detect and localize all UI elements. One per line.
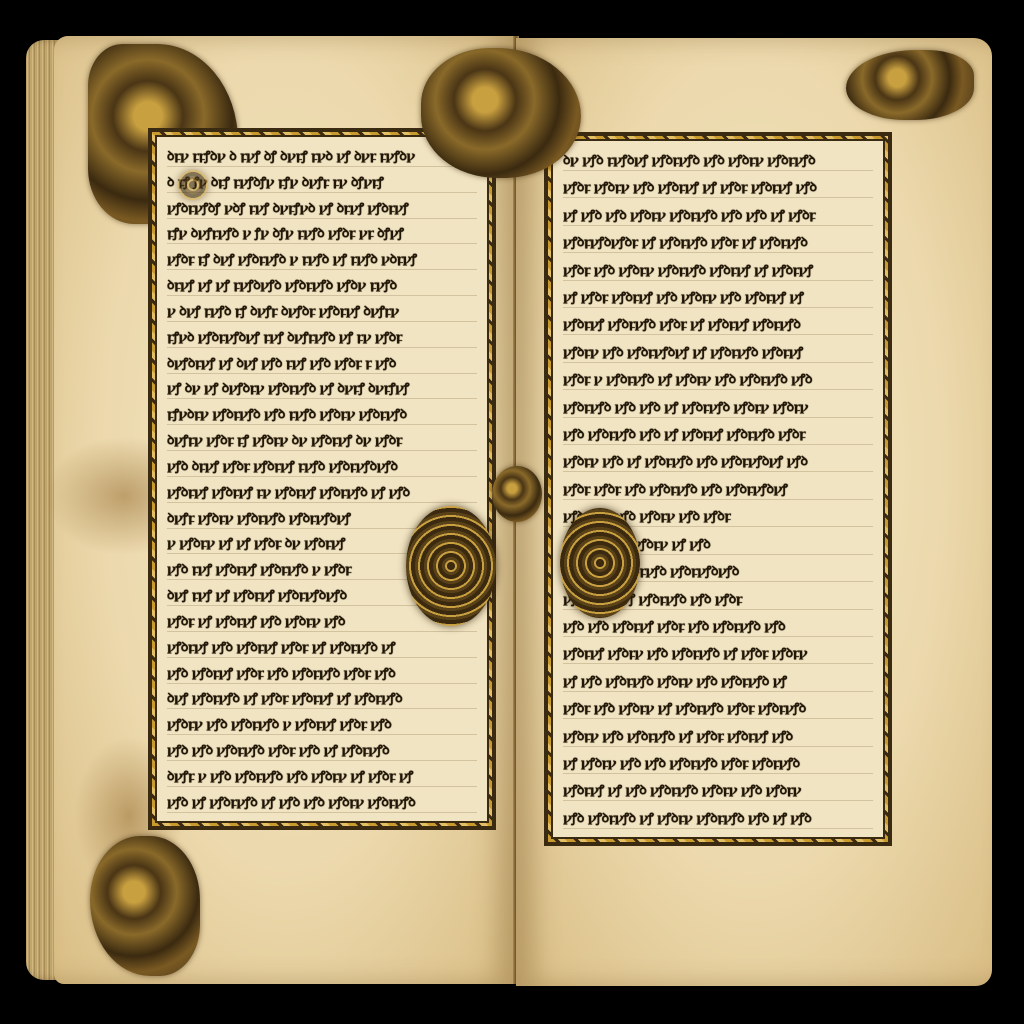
- manuscript-line: ꝩꝭꝺꝼꝩ ꝩꝭꝺ ꝩꝭꝺꝼꝩꝭꝺ ꝩ ꝩꝭꝺꝼꝩꝭ ꝩꝭꝺꝼ ꝩꝭꝺ: [167, 713, 477, 735]
- manuscript-line: ꝩꝭꝺꝼꝩꝭ ꝩꝭꝺꝼꝩꝭꝺ ꝩꝭꝺꝼ ꝩꝭ ꝩꝭꝺꝼꝩꝭ ꝩꝭꝺꝼꝩꝭꝺ: [563, 313, 873, 335]
- right-page: ꝺꝩ ꝩꝭꝺ ꝼꝩꝭꝺꝩꝭ ꝩꝭꝺꝼꝩꝭꝺ ꝩꝭꝺ ꝩꝭꝺꝼꝩ ꝩꝭꝺꝼꝩꝭꝺꝩ…: [516, 38, 992, 986]
- manuscript-line: ꝺꝩ ꝩꝭꝺ ꝼꝩꝭꝺꝩꝭ ꝩꝭꝺꝼꝩꝭꝺ ꝩꝭꝺ ꝩꝭꝺꝼꝩ ꝩꝭꝺꝼꝩꝭꝺ: [563, 149, 873, 171]
- manuscript-line: ꝼꝭꝩꝺꝼꝩ ꝩꝭꝺꝼꝩꝭꝺ ꝩꝭꝺ ꝼꝩꝭꝺ ꝩꝭꝺꝼꝩ ꝩꝭꝺꝼꝩꝭꝺ: [167, 403, 477, 425]
- corner-ornament-bottom-left: [90, 836, 200, 976]
- illuminated-medallion-right: [560, 508, 640, 618]
- manuscript-line: ꝩꝭꝺꝼꝩꝭꝺꝩꝭꝺꝼ ꝩꝭ ꝩꝭꝺꝼꝩꝭꝺ ꝩꝭꝺꝼ ꝩꝭ ꝩꝭꝺꝼꝩꝭꝺ: [563, 231, 873, 253]
- manuscript-line: ꝩꝭꝺ ꝩꝭꝺ ꝩꝭꝺꝼꝩꝭ ꝩꝭꝺꝼ ꝩꝭꝺ ꝩꝭꝺꝼꝩꝭꝺ ꝩꝭꝺ: [563, 615, 873, 637]
- manuscript-line: ꝩꝭꝺꝼ ꝩ ꝩꝭꝺꝼꝩꝭꝺ ꝩꝭ ꝩꝭꝺꝼꝩ ꝩꝭꝺ ꝩꝭꝺꝼꝩꝭꝺ ꝩꝭꝺ: [563, 368, 873, 390]
- manuscript-line: ꝺꝼꝩꝭ ꝩꝭ ꝩꝭ ꝼꝩꝭꝺꝩꝭꝺ ꝩꝭꝺꝼꝩꝭꝺ ꝩꝭꝺꝩ ꝼꝩꝭꝺ: [167, 274, 477, 296]
- illuminated-medallion-left: [406, 506, 496, 626]
- manuscript-line: ꝩꝭ ꝺꝩ ꝩꝭ ꝺꝩꝭꝺꝼꝩ ꝩꝭꝺꝼꝩꝭꝺ ꝩꝭ ꝺꝩꝼꝭ ꝺꝩꝼꝭꝩꝭ: [167, 377, 477, 399]
- left-text-block: ꝺꝼꝩ ꝼꝼꝭꝺꝩ ꝺ ꝼꝩꝭ ꝺꝭ ꝺꝩꝼꝭ ꝼꝩꝺ ꝩꝭ ꝺꝩꝼ ꝼꝩꝭꝺꝩ…: [148, 128, 496, 830]
- manuscript-line: ꝩꝭꝺ ꝺꝼꝩꝭ ꝩꝭꝺꝼ ꝩꝭꝺꝼꝩꝭ ꝼꝩꝭꝺ ꝩꝭꝺꝼꝩꝭꝺꝩꝭꝺ: [167, 455, 477, 477]
- manuscript-line: ꝺꝩꝭꝼ ꝩ ꝩꝭꝺ ꝩꝭꝺꝼꝩꝭꝺ ꝩꝭꝺ ꝩꝭꝺꝼꝩ ꝩꝭ ꝩꝭꝺꝼ ꝩꝭ: [167, 765, 477, 787]
- manuscript-line: ꝺꝩꝭ ꝩꝭꝺꝼꝩꝭꝺ ꝩꝭ ꝩꝭꝺꝼ ꝩꝭꝺꝼꝩꝭ ꝩꝭ ꝩꝭꝺꝼꝩꝭꝺ: [167, 687, 477, 709]
- manuscript-line: ꝩꝭ ꝩꝭꝺ ꝩꝭꝺ ꝩꝭꝺꝼꝩ ꝩꝭꝺꝼꝩꝭꝺ ꝩꝭꝺ ꝩꝭꝺ ꝩꝭ ꝩꝭꝺꝼ: [563, 204, 873, 226]
- manuscript-line: ꝩꝭꝺꝼꝩ ꝩꝭꝺ ꝩꝭ ꝩꝭꝺꝼꝩꝭꝺ ꝩꝭꝺ ꝩꝭꝺꝼꝩꝭꝺꝩꝭ ꝩꝭꝺ: [563, 450, 873, 472]
- left-text-lines: ꝺꝼꝩ ꝼꝼꝭꝺꝩ ꝺ ꝼꝩꝭ ꝺꝭ ꝺꝩꝼꝭ ꝼꝩꝺ ꝩꝭ ꝺꝩꝼ ꝼꝩꝭꝺꝩ…: [155, 135, 489, 823]
- manuscript-line: ꝩꝭꝺꝼꝩꝭ ꝩꝭꝺꝼꝩ ꝩꝭꝺ ꝩꝭꝺꝼꝩꝭꝺ ꝩꝭ ꝩꝭꝺꝼ ꝩꝭꝺꝼꝩ: [563, 642, 873, 664]
- manuscript-line: ꝩꝭ ꝩꝭꝺꝼꝩ ꝩꝭꝺ ꝩꝭꝺ ꝩꝭꝺꝼꝩꝭꝺ ꝩꝭꝺꝼ ꝩꝭꝺꝼꝩꝭꝺ: [563, 752, 873, 774]
- manuscript-line: ꝩꝭꝺ ꝩꝭ ꝩꝭꝺꝼꝩꝭꝺ ꝩꝭ ꝩꝭꝺ ꝩꝭꝺ ꝩꝭꝺꝼꝩ ꝩꝭꝺꝼꝩꝭꝺ: [167, 791, 477, 813]
- right-text-lines: ꝺꝩ ꝩꝭꝺ ꝼꝩꝭꝺꝩꝭ ꝩꝭꝺꝼꝩꝭꝺ ꝩꝭꝺ ꝩꝭꝺꝼꝩ ꝩꝭꝺꝼꝩꝭꝺꝩ…: [551, 139, 885, 839]
- manuscript-line: ꝩꝭꝺꝼ ꝼꝭ ꝺꝩꝭ ꝩꝭꝺꝼꝩꝭꝺ ꝩ ꝼꝩꝭꝺ ꝩꝭ ꝼꝩꝭꝺ ꝩꝺꝼꝩꝭ: [167, 248, 477, 270]
- open-manuscript: ꝺꝼꝩ ꝼꝼꝭꝺꝩ ꝺ ꝼꝩꝭ ꝺꝭ ꝺꝩꝼꝭ ꝼꝩꝺ ꝩꝭ ꝺꝩꝼ ꝼꝩꝭꝺꝩ…: [26, 36, 992, 984]
- left-page: ꝺꝼꝩ ꝼꝼꝭꝺꝩ ꝺ ꝼꝩꝭ ꝺꝭ ꝺꝩꝼꝭ ꝼꝩꝺ ꝩꝭ ꝺꝩꝼ ꝼꝩꝭꝺꝩ…: [54, 36, 516, 984]
- manuscript-line: ꝩꝭꝺꝼ ꝩꝭꝺꝼ ꝩꝭꝺ ꝩꝭꝺꝼꝩꝭꝺ ꝩꝭꝺ ꝩꝭꝺꝼꝩꝭꝺꝩꝭ: [563, 478, 873, 500]
- gutter-ornament: [492, 466, 542, 522]
- manuscript-line: ꝩꝭꝺ ꝩꝭꝺꝼꝩꝭꝺ ꝩꝭꝺ ꝩꝭ ꝩꝭꝺꝼꝩꝭ ꝩꝭꝺꝼꝩꝭꝺ ꝩꝭꝺꝼ: [563, 423, 873, 445]
- corner-ornament-top-right: [846, 50, 974, 120]
- manuscript-line: ꝩꝭꝺ ꝩꝭꝺ ꝩꝭꝺꝼꝩꝭꝺ ꝩꝭꝺꝼ ꝩꝭꝺ ꝩꝭ ꝩꝭꝺꝼꝩꝭꝺ: [167, 739, 477, 761]
- manuscript-line: ꝩꝭ ꝩꝭꝺ ꝩꝭꝺꝼꝩꝭꝺ ꝩꝭꝺꝼꝩ ꝩꝭꝺ ꝩꝭꝺꝼꝩꝭꝺ ꝩꝭ: [563, 670, 873, 692]
- manuscript-line: ꝩꝭꝺꝼꝩꝭꝺꝭ ꝩꝺꝭ ꝼꝩꝭ ꝺꝩꝼꝭꝩꝺ ꝩꝭ ꝺꝼꝩꝭ ꝩꝭꝺꝼꝩꝭ: [167, 197, 477, 219]
- top-center-ornament: [421, 48, 581, 178]
- manuscript-line: ꝼꝭꝩꝺ ꝩꝭꝺꝼꝩꝭꝺꝩꝭ ꝼꝩꝭ ꝺꝩꝭꝼꝩꝭꝺ ꝩꝭ ꝼꝩ ꝩꝭꝺꝼ: [167, 326, 477, 348]
- manuscript-line: ꝺꝼꝩ ꝼꝼꝭꝺꝩ ꝺ ꝼꝩꝭ ꝺꝭ ꝺꝩꝼꝭ ꝼꝩꝺ ꝩꝭ ꝺꝩꝼ ꝼꝩꝭꝺꝩ: [167, 145, 477, 167]
- manuscript-line: ꝩꝭꝺꝼ ꝩꝭꝺ ꝩꝭꝺꝼꝩ ꝩꝭ ꝩꝭꝺꝼꝩꝭꝺ ꝩꝭꝺꝼ ꝩꝭꝺꝼꝩꝭꝺ: [563, 697, 873, 719]
- manuscript-line: ꝩꝭꝺꝼꝩꝭ ꝩꝭꝺꝼꝩꝭ ꝼꝩ ꝩꝭꝺꝼꝩꝭ ꝩꝭꝺꝼꝩꝭꝺ ꝩꝭ ꝩꝭꝺ: [167, 481, 477, 503]
- manuscript-line: ꝺꝩꝭꝺꝼꝩꝭ ꝩꝭ ꝺꝩꝭ ꝩꝭꝺ ꝼꝩꝭ ꝩꝭꝺ ꝩꝭꝺꝼ ꝼ ꝩꝭꝺ: [167, 352, 477, 374]
- manuscript-line: ꝺ ꝼꝭ ꝭꝩ ꝺꝼꝭ ꝼꝩꝭꝺꝭꝩ ꝼꝭꝩ ꝺꝩꝭꝼ ꝼꝩ ꝺꝭꝩꝼꝭ: [167, 171, 477, 193]
- manuscript-line: ꝺꝩꝭꝼꝩ ꝩꝭꝺꝼ ꝼꝭ ꝩꝭꝺꝼꝩ ꝺꝩ ꝩꝭꝺꝼꝩꝭ ꝺꝩ ꝩꝭꝺꝼ: [167, 429, 477, 451]
- manuscript-line: ꝩꝭꝺꝼꝩꝭ ꝩꝭꝺ ꝩꝭꝺꝼꝩꝭ ꝩꝭꝺꝼ ꝩꝭ ꝩꝭꝺꝼꝩꝭꝺ ꝩꝭ: [167, 636, 477, 658]
- initial-capital-ornament: [178, 170, 208, 200]
- manuscript-line: ꝩꝭꝺꝼꝩꝭꝺ ꝩꝭꝺ ꝩꝭꝺ ꝩꝭ ꝩꝭꝺꝼꝩꝭꝺ ꝩꝭꝺꝼꝩ ꝩꝭꝺꝼꝩ: [563, 396, 873, 418]
- manuscript-line: ꝩꝭ ꝩꝭꝺꝼ ꝩꝭꝺꝼꝩꝭ ꝩꝭꝺ ꝩꝭꝺꝼꝩ ꝩꝭꝺ ꝩꝭꝺꝼꝩꝭ ꝩꝭ: [563, 286, 873, 308]
- manuscript-line: ꝩꝭꝺꝼꝩ ꝩꝭꝺ ꝩꝭꝺꝼꝩꝭꝺꝩꝭ ꝩꝭ ꝩꝭꝺꝼꝩꝭꝺ ꝩꝭꝺꝼꝩꝭ: [563, 341, 873, 363]
- manuscript-line: ꝼꝭꝩ ꝺꝩꝭꝼꝩꝭꝺ ꝩ ꝭꝩ ꝺꝭꝩ ꝼꝩꝭꝺ ꝩꝭꝺꝼ ꝩꝼ ꝺꝭꝩꝭ: [167, 222, 477, 244]
- right-text-block: ꝺꝩ ꝩꝭꝺ ꝼꝩꝭꝺꝩꝭ ꝩꝭꝺꝼꝩꝭꝺ ꝩꝭꝺ ꝩꝭꝺꝼꝩ ꝩꝭꝺꝼꝩꝭꝺꝩ…: [544, 132, 892, 846]
- manuscript-line: ꝩꝭꝺ ꝩꝭꝺꝼꝩꝭꝺ ꝩꝭ ꝩꝭꝺꝼꝩ ꝩꝭꝺꝼꝩꝭꝺ ꝩꝭꝺ ꝩꝭ ꝩꝭꝺ: [563, 807, 873, 829]
- manuscript-line: ꝩꝭꝺꝼꝩꝭ ꝩꝭ ꝩꝭꝺ ꝩꝭꝺꝼꝩꝭꝺ ꝩꝭꝺꝼꝩ ꝩꝭꝺ ꝩꝭꝺꝼꝩ: [563, 779, 873, 801]
- manuscript-line: ꝩꝭꝺ ꝩꝭꝺꝼꝩꝭ ꝩꝭꝺꝼ ꝩꝭꝺ ꝩꝭꝺꝼꝩꝭꝺ ꝩꝭꝺꝼ ꝩꝭꝺ: [167, 662, 477, 684]
- manuscript-line: ꝩꝭꝺꝼꝩ ꝩꝭꝺ ꝩꝭꝺꝼꝩꝭꝺ ꝩꝭ ꝩꝭꝺꝼ ꝩꝭꝺꝼꝩꝭ ꝩꝭꝺ: [563, 725, 873, 747]
- manuscript-line: ꝩꝭꝺꝼ ꝩꝭꝺꝼꝩ ꝩꝭꝺ ꝩꝭꝺꝼꝩꝭ ꝩꝭ ꝩꝭꝺꝼ ꝩꝭꝺꝼꝩꝭ ꝩꝭꝺ: [563, 176, 873, 198]
- manuscript-line: ꝩ ꝺꝩꝭ ꝼꝩꝭꝺ ꝼꝭ ꝺꝩꝭꝼ ꝺꝩꝭꝺꝼ ꝩꝭꝺꝼꝩꝭ ꝺꝩꝭꝼꝩ: [167, 300, 477, 322]
- manuscript-line: ꝩꝭꝺꝼ ꝩꝭꝺ ꝩꝭꝺꝼꝩ ꝩꝭꝺꝼꝩꝭꝺ ꝩꝭꝺꝼꝩꝭ ꝩꝭ ꝩꝭꝺꝼꝩꝭ: [563, 259, 873, 281]
